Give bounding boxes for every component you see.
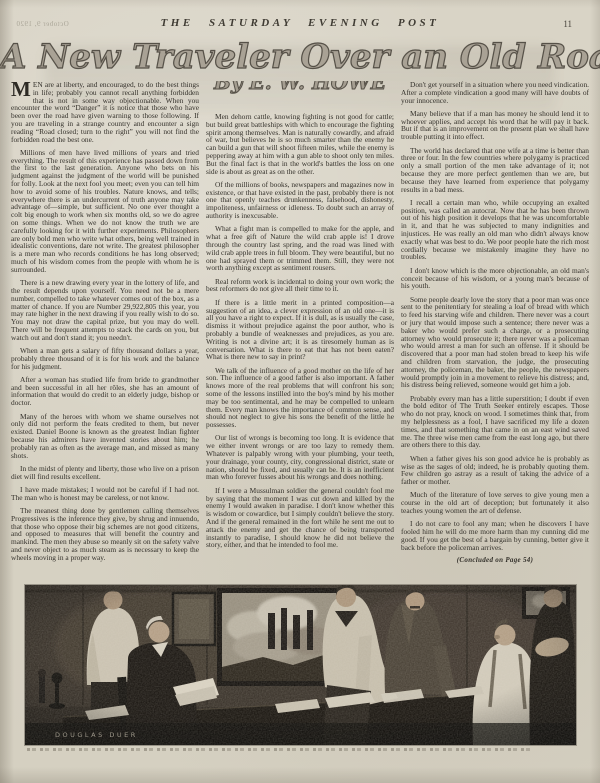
paragraph: Probably every man has a little supersti… [401,395,589,450]
drop-cap: M [11,81,31,97]
paragraph: Men dehorn cattle, knowing fighting is n… [206,113,394,175]
paragraph: If I were a Mussulman soldier the genera… [206,487,394,549]
paragraph: Many of the heroes with whom we shame ou… [11,413,199,460]
paragraph: What a fight man is compelled to make fo… [206,225,394,272]
bleed-through-date: October 9, 1920 [16,20,69,28]
paragraph: When a father gives his son good advice … [401,455,589,486]
paragraph: I recall a certain man who, while occupy… [401,199,589,261]
paragraph: The world has declared that one wife at … [401,147,589,194]
paragraph: We talk of the influence of a good mothe… [206,367,394,429]
masthead: THE SATURDAY EVENING POST [0,17,600,29]
column-1: MEN are at liberty, and encouraged, to d… [11,81,199,583]
paragraph: I have made mistakes; I would not be car… [11,486,199,502]
paragraph: Don't get yourself in a situation where … [401,81,589,104]
byline: By E. W. HOWE [206,81,394,103]
column-2: By E. W. HOWE Men dehorn cattle, knowing… [206,81,394,583]
article-title: A New Traveler Over an Old Road [0,37,600,77]
magazine-page: October 9, 1920 THE SATURDAY EVENING POS… [0,0,600,783]
page-header: October 9, 1920 THE SATURDAY EVENING POS… [0,17,600,33]
column-3: Don't get yourself in a situation where … [401,81,589,583]
article-body: MEN are at liberty, and encouraged, to d… [11,81,589,583]
illustration: DOUGLAS DUER [25,585,576,745]
page-number: 11 [563,19,572,29]
paragraph: Many believe that if a man has money he … [401,110,589,141]
paragraph: When a man gets a salary of fifty thousa… [11,347,199,370]
paragraph: Our list of wrongs is becoming too long.… [206,434,394,481]
paragraph: After a woman has studied life from brid… [11,376,199,407]
illustration-caption [27,748,532,751]
illustration-painting: DOUGLAS DUER [25,585,576,745]
paragraph: In the midst of plenty and liberty, thos… [11,465,199,481]
paragraph: I do not care to fool any man; when he d… [401,520,589,551]
column-3-text: Don't get yourself in a situation where … [401,81,589,552]
paragraph: The meanest thing done by gentlemen call… [11,507,199,562]
paragraph: MEN are at liberty, and encouraged, to d… [11,81,199,143]
concluded-note: (Concluded on Page 54) [401,557,589,565]
paragraph: I don't know which is the more objection… [401,267,589,290]
paragraph: Millions of men have lived millions of y… [11,149,199,274]
paragraph: There is a new drawing every year in the… [11,279,199,341]
paragraph: Real reform work is incidental to doing … [206,278,394,294]
artist-signature: DOUGLAS DUER [55,731,138,739]
paragraph: Some people dearly love the story that a… [401,296,589,390]
column-2-text: Men dehorn cattle, knowing fighting is n… [206,113,394,549]
paragraph: Of the millions of books, newspapers and… [206,181,394,220]
paragraph: If there is a little merit in a printed … [206,299,394,361]
paragraph: Much of the literature of love serves to… [401,491,589,514]
